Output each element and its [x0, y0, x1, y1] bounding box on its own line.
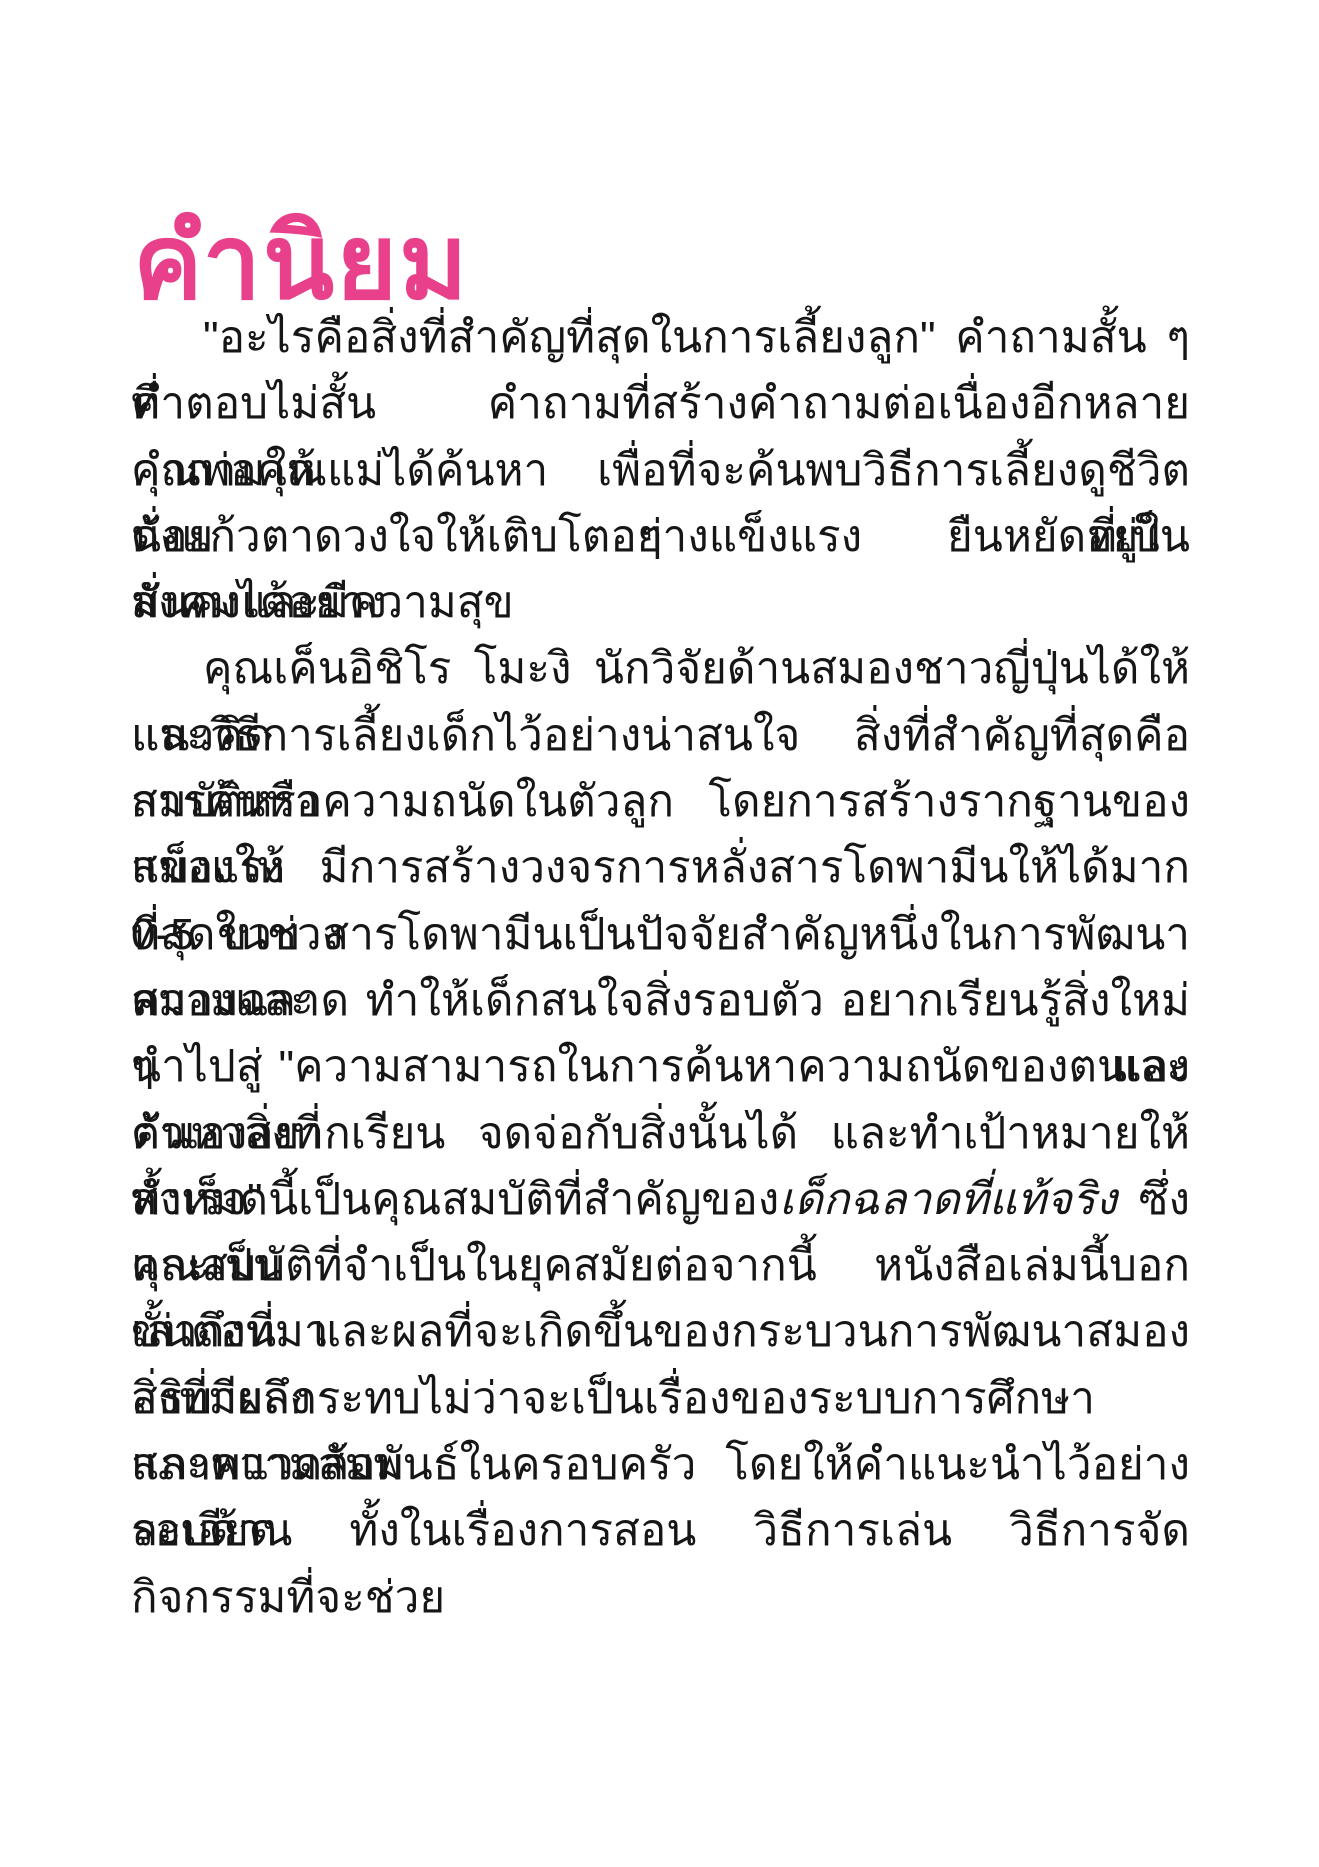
text-line: 0-5 ขวบ สารโดพามีนเป็นปัจจัยสำคัญหนึ่งใน…: [131, 902, 1190, 968]
text-line: แข็งแรง มีการสร้างวงจรการหลั่งสารโดพามีน…: [131, 835, 1190, 901]
text-line: ตัวเองอยากเรียน จดจ่อกับสิ่งนั้นได้ และท…: [131, 1101, 1190, 1167]
text-line: "อะไรคือสิ่งที่สำคัญที่สุดในการเลี้ยงลูก…: [131, 305, 1190, 371]
book-page: คำนิยม "อะไรคือสิ่งที่สำคัญที่สุดในการเล…: [0, 0, 1319, 1867]
text-line: ทั้งหมดนี้เป็นคุณสมบัติที่สำคัญของเด็กฉล…: [131, 1167, 1190, 1233]
text-line: รอบด้าน ทั้งในเรื่องการสอน วิธีการเล่น ว…: [131, 1498, 1190, 1564]
text-line: และความสัมพันธ์ในครอบครัว โดยให้คำแนะนำไ…: [131, 1432, 1190, 1498]
text-line: ความฉลาด ทำให้เด็กสนใจสิ่งรอบตัว อยากเรี…: [131, 968, 1190, 1034]
text-line: คำตอบไม่สั้น คำถามที่สร้างคำถามต่อเนื่อง…: [131, 371, 1190, 437]
text-line: สมบัติหรือความถนัดในตัวลูก โดยการสร้างรา…: [131, 769, 1190, 835]
text-line: และวิธีการเลี้ยงเด็กไว้อย่างน่าสนใจ สิ่ง…: [131, 703, 1190, 769]
text-line: คุณพ่อคุณแม่ได้ค้นหา เพื่อที่จะค้นพบวิธี…: [131, 438, 1190, 504]
text-line: นำไปสู่ "ความสามารถในการค้นหาความถนัดของ…: [131, 1034, 1190, 1100]
text-line: สิ่งที่มีผลกระทบไม่ว่าจะเป็นเรื่องของระบ…: [131, 1366, 1190, 1432]
text-line: คุณสมบัติที่จำเป็นในยุคสมัยต่อจากนี้ หนั…: [131, 1233, 1190, 1299]
text-line: ดั่งแก้วตาดวงใจให้เติบโตอย่างแข็งแรง ยืน…: [131, 504, 1190, 570]
text-segment: ทั้งหมดนี้เป็นคุณสมบัติที่สำคัญของ: [131, 1175, 779, 1224]
text-segment: รอบด้าน ทั้งในเรื่องการสอน วิธีการเล่น ว…: [131, 1506, 1190, 1621]
text-segment: มั่นคงและมีความสุข: [131, 578, 514, 627]
text-line: คุณเค็นอิชิโร โมะงิ นักวิจัยด้านสมองชาวญ…: [131, 636, 1190, 702]
text-line: มั่นคงและมีความสุข: [131, 570, 1190, 636]
body-text: "อะไรคือสิ่งที่สำคัญที่สุดในการเลี้ยงลูก…: [131, 305, 1190, 1565]
emphasized-text: เด็กฉลาดที่แท้จริง: [779, 1175, 1117, 1224]
text-line: ขั้นตอน และผลที่จะเกิดขึ้นของกระบวนการพั…: [131, 1299, 1190, 1365]
